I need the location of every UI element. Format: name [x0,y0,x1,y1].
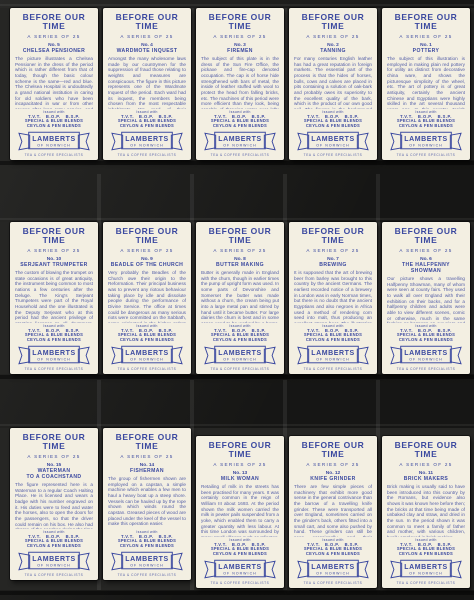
card-series-line: A SERIES OF 25 [15,454,93,459]
lamberts-banner-logo: LAMBERTS OF NORWICH [297,131,369,152]
card-series-line: A SERIES OF 25 [108,248,186,253]
card-title-header: BEFORE OUR TIME [387,441,465,459]
issued-with-label: Issued with [108,530,186,534]
issued-with-label: Issued with [294,110,372,114]
issued-with-label: Issued with [15,110,93,114]
logo-tagline: TEA & COFFEE SPECIALISTS [294,153,372,157]
card-footer: Issued with T.V.T. B.O.P. B.S.P. SPECIAL… [15,110,93,157]
card-description: The subject of this plate is in the dres… [201,56,279,109]
logo-tagline: TEA & COFFEE SPECIALISTS [15,153,93,157]
lamberts-banner-logo: LAMBERTS OF NORWICH [297,559,369,580]
card-description: The figure represented here is a Waterma… [15,482,93,529]
blends-line-2: CEYLON & FEN BLENDS [201,338,279,343]
banner-left-wing [205,561,216,578]
blends-line-2: CEYLON & FEN BLENDS [15,338,93,343]
card-footer: Issued with T.V.T. B.O.P. B.S.P. SPECIAL… [108,110,186,157]
blends-line-2: CEYLON & FEN BLENDS [15,124,93,129]
trade-card: BEFORE OUR TIME A SERIES OF 25 No. 13 MI… [196,436,284,588]
card-subject-title: FIREMEN [201,48,279,54]
trade-card: BEFORE OUR TIME A SERIES OF 25 No. 14 FI… [103,428,191,580]
logo-subtitle: OF NORWICH [223,572,257,576]
logo-tagline: TEA & COFFEE SPECIALISTS [108,573,186,577]
banner-right-wing [78,133,89,150]
lamberts-banner-logo: LAMBERTS OF NORWICH [390,131,462,152]
lamberts-banner-logo: LAMBERTS OF NORWICH [390,559,462,580]
lamberts-banner-logo: LAMBERTS OF NORWICH [390,345,462,366]
card-series-line: A SERIES OF 25 [294,462,372,467]
blends-line-2: CEYLON & FEN BLENDS [108,124,186,129]
card-title-header: BEFORE OUR TIME [387,227,465,245]
card-subject-title: POTTERY [387,48,465,54]
banner-left-wing [19,133,30,150]
blends-line-2: CEYLON & FEN BLENDS [294,124,372,129]
blends-line-2: CEYLON & FEN BLENDS [387,338,465,343]
card-series-line: A SERIES OF 25 [294,34,372,39]
card-title-header: BEFORE OUR TIME [108,433,186,451]
banner-right-wing [171,553,182,570]
blends-line-2: CEYLON & FEN BLENDS [201,124,279,129]
logo-tagline: TEA & COFFEE SPECIALISTS [201,367,279,371]
logo-subtitle: OF NORWICH [37,564,71,568]
logo-name: LAMBERTS [404,136,448,143]
blends-line-2: CEYLON & FEN BLENDS [15,544,93,549]
card-footer: Issued with T.V.T. B.O.P. B.S.P. SPECIAL… [294,538,372,585]
logo-name: LAMBERTS [218,564,262,571]
card-description: It is supposed that the art of brewing b… [294,270,372,323]
card-footer: Issued with T.V.T. B.O.P. B.S.P. SPECIAL… [387,110,465,157]
logo-subtitle: OF NORWICH [409,144,443,148]
blends-line-2: CEYLON & FEN BLENDS [108,338,186,343]
trade-card: BEFORE OUR TIME A SERIES OF 25 No. 12 KN… [289,436,377,588]
banner-left-wing [298,133,309,150]
blends-line-2: CEYLON & FEN BLENDS [201,552,279,557]
issued-with-label: Issued with [108,110,186,114]
row-cards: BEFORE OUR TIME A SERIES OF 25 No. 5 CHE… [0,8,474,160]
banner-right-wing [264,133,275,150]
banner-right-wing [357,561,368,578]
logo-name: LAMBERTS [311,564,355,571]
card-description: Very probably the Beadles of the Church … [108,270,186,323]
banner-right-wing [171,133,182,150]
card-description: There are few simple pieces of machinery… [294,484,372,537]
logo-name: LAMBERTS [125,556,169,563]
lamberts-banner-logo: LAMBERTS OF NORWICH [204,345,276,366]
card-description: Butter is generally made in England with… [201,270,279,323]
card-footer: Issued with T.V.T. B.O.P. B.S.P. SPECIAL… [294,110,372,157]
card-subject-title: BEADLE OF THE CHURCH [108,262,186,268]
issued-with-label: Issued with [108,324,186,328]
card-title-header: BEFORE OUR TIME [201,13,279,31]
issued-with-label: Issued with [294,538,372,542]
banner-right-wing [264,347,275,364]
row-cards: BEFORE OUR TIME A SERIES OF 25 No. 15 WA… [0,428,474,580]
logo-tagline: TEA & COFFEE SPECIALISTS [294,367,372,371]
lamberts-banner-logo: LAMBERTS OF NORWICH [18,131,90,152]
logo-subtitle: OF NORWICH [409,572,443,576]
logo-name: LAMBERTS [32,136,76,143]
trade-card: BEFORE OUR TIME A SERIES OF 25 No. 1 POT… [382,8,470,160]
album-row-2: BEFORE OUR TIME A SERIES OF 25 No. 10 SE… [0,222,474,374]
card-subject-title: WARDMOTE INQUEST [108,48,186,54]
banner-right-wing [171,347,182,364]
banner-left-wing [112,133,123,150]
trade-card: BEFORE OUR TIME A SERIES OF 25 No. 15 WA… [10,428,98,580]
lamberts-banner-logo: LAMBERTS OF NORWICH [297,345,369,366]
logo-tagline: TEA & COFFEE SPECIALISTS [201,153,279,157]
banner-right-wing [78,553,89,570]
card-subject-title: WATERMAN TO A COACHSTAND [15,468,93,480]
logo-subtitle: OF NORWICH [37,144,71,148]
blends-line-2: CEYLON & FEN BLENDS [294,338,372,343]
blends-line-2: CEYLON & FEN BLENDS [108,544,186,549]
lamberts-banner-logo: LAMBERTS OF NORWICH [111,551,183,572]
logo-name: LAMBERTS [218,136,262,143]
banner-right-wing [450,347,461,364]
banner-right-wing [357,133,368,150]
trade-card: BEFORE OUR TIME A SERIES OF 25 No. 11 BR… [382,436,470,588]
card-footer: Issued with T.V.T. B.O.P. B.S.P. SPECIAL… [387,538,465,585]
banner-left-wing [112,553,123,570]
logo-subtitle: OF NORWICH [223,144,257,148]
banner-right-wing [450,561,461,578]
issued-with-label: Issued with [294,324,372,328]
banner-left-wing [19,347,30,364]
card-description: Amongst the many wholesome laws made by … [108,56,186,109]
trade-card: BEFORE OUR TIME A SERIES OF 25 No. 2 TAN… [289,8,377,160]
card-description: The subject of this illustration is empl… [387,56,465,109]
card-description: Brick making is usually said to have bee… [387,484,465,537]
card-series-line: A SERIES OF 25 [387,462,465,467]
banner-left-wing [205,347,216,364]
card-description: Our picture shows a travelling Halfpenny… [387,276,465,323]
card-subject-title: TANNING [294,48,372,54]
blends-line-2: CEYLON & FEN BLENDS [387,124,465,129]
banner-left-wing [205,133,216,150]
card-description: The picture illustrates a Chelsea Pensio… [15,56,93,109]
card-description: For many centuries English leather has h… [294,56,372,109]
card-subject-title: KNIFE GRINDER [294,476,372,482]
card-subject-title: MILK WOMAN [201,476,279,482]
lamberts-banner-logo: LAMBERTS OF NORWICH [18,551,90,572]
issued-with-label: Issued with [387,110,465,114]
banner-left-wing [391,347,402,364]
card-series-line: A SERIES OF 25 [294,248,372,253]
card-series-line: A SERIES OF 25 [108,454,186,459]
issued-with-label: Issued with [15,324,93,328]
card-footer: Issued with T.V.T. B.O.P. B.S.P. SPECIAL… [201,110,279,157]
trade-card: BEFORE OUR TIME A SERIES OF 25 No. 10 SE… [10,222,98,374]
card-title-header: BEFORE OUR TIME [15,227,93,245]
card-title-header: BEFORE OUR TIME [294,441,372,459]
card-description: The group of fishermen shown are employe… [108,476,186,529]
issued-with-label: Issued with [201,324,279,328]
trade-card: BEFORE OUR TIME A SERIES OF 25 No. 5 CHE… [10,8,98,160]
card-series-line: A SERIES OF 25 [201,462,279,467]
lamberts-banner-logo: LAMBERTS OF NORWICH [18,345,90,366]
card-title-header: BEFORE OUR TIME [201,227,279,245]
card-subject-title: THE HALFPENNY SHOWMAN [387,262,465,274]
card-title-header: BEFORE OUR TIME [108,227,186,245]
lamberts-banner-logo: LAMBERTS OF NORWICH [204,131,276,152]
card-subject-title: CHELSEA PENSIONER [15,48,93,54]
card-series-line: A SERIES OF 25 [387,248,465,253]
card-subject-title: FISHERMAN [108,468,186,474]
card-title-header: BEFORE OUR TIME [294,227,372,245]
issued-with-label: Issued with [201,110,279,114]
card-footer: Issued with T.V.T. B.O.P. B.S.P. SPECIAL… [294,324,372,371]
banner-left-wing [298,347,309,364]
trade-card: BEFORE OUR TIME A SERIES OF 25 No. 4 WAR… [103,8,191,160]
card-footer: Issued with T.V.T. B.O.P. B.S.P. SPECIAL… [15,324,93,371]
logo-name: LAMBERTS [32,556,76,563]
trade-card: BEFORE OUR TIME A SERIES OF 25 No. 8 BUT… [196,222,284,374]
logo-subtitle: OF NORWICH [130,144,164,148]
logo-subtitle: OF NORWICH [316,572,350,576]
logo-subtitle: OF NORWICH [130,564,164,568]
logo-tagline: TEA & COFFEE SPECIALISTS [15,367,93,371]
logo-subtitle: OF NORWICH [130,358,164,362]
trade-card: BEFORE OUR TIME A SERIES OF 25 No. 9 BEA… [103,222,191,374]
logo-name: LAMBERTS [32,350,76,357]
issued-with-label: Issued with [15,530,93,534]
card-series-line: A SERIES OF 25 [15,34,93,39]
banner-left-wing [391,133,402,150]
logo-tagline: TEA & COFFEE SPECIALISTS [108,367,186,371]
banner-right-wing [450,133,461,150]
logo-subtitle: OF NORWICH [37,358,71,362]
banner-left-wing [112,347,123,364]
logo-name: LAMBERTS [125,350,169,357]
logo-tagline: TEA & COFFEE SPECIALISTS [108,153,186,157]
blends-line-2: CEYLON & FEN BLENDS [294,552,372,557]
album-row-1: BEFORE OUR TIME A SERIES OF 25 No. 5 CHE… [0,8,474,160]
logo-subtitle: OF NORWICH [316,144,350,148]
issued-with-label: Issued with [201,538,279,542]
lamberts-banner-logo: LAMBERTS OF NORWICH [204,559,276,580]
logo-subtitle: OF NORWICH [409,358,443,362]
logo-tagline: TEA & COFFEE SPECIALISTS [387,581,465,585]
logo-name: LAMBERTS [404,350,448,357]
card-description: Retailing of milk in the streets has bee… [201,484,279,537]
card-subject-title: BUTTER MAKING [201,262,279,268]
trade-card: BEFORE OUR TIME A SERIES OF 25 No. 3 FIR… [196,8,284,160]
logo-name: LAMBERTS [311,350,355,357]
logo-tagline: TEA & COFFEE SPECIALISTS [201,581,279,585]
card-series-line: A SERIES OF 25 [387,34,465,39]
banner-right-wing [78,347,89,364]
logo-name: LAMBERTS [125,136,169,143]
card-footer: Issued with T.V.T. B.O.P. B.S.P. SPECIAL… [201,324,279,371]
card-footer: Issued with T.V.T. B.O.P. B.S.P. SPECIAL… [387,324,465,371]
logo-name: LAMBERTS [404,564,448,571]
banner-left-wing [298,561,309,578]
card-series-line: A SERIES OF 25 [201,248,279,253]
card-series-line: A SERIES OF 25 [15,248,93,253]
card-subject-title: BRICK MAKERS [387,476,465,482]
banner-left-wing [19,553,30,570]
card-title-header: BEFORE OUR TIME [387,13,465,31]
lamberts-banner-logo: LAMBERTS OF NORWICH [111,345,183,366]
logo-tagline: TEA & COFFEE SPECIALISTS [387,367,465,371]
logo-subtitle: OF NORWICH [316,358,350,362]
card-description: The custom of blowing the trumpet on sta… [15,270,93,323]
logo-tagline: TEA & COFFEE SPECIALISTS [387,153,465,157]
banner-right-wing [357,347,368,364]
banner-right-wing [264,561,275,578]
logo-tagline: TEA & COFFEE SPECIALISTS [294,581,372,585]
row-cards: BEFORE OUR TIME A SERIES OF 25 No. 10 SE… [0,222,474,374]
card-subject-title: SERJEANT TRUMPETER [15,262,93,268]
album-row-3: BEFORE OUR TIME A SERIES OF 25 No. 15 WA… [0,428,474,590]
card-series-line: A SERIES OF 25 [108,34,186,39]
card-title-header: BEFORE OUR TIME [108,13,186,31]
trade-card: BEFORE OUR TIME A SERIES OF 25 No. 6 THE… [382,222,470,374]
logo-name: LAMBERTS [218,350,262,357]
card-series-line: A SERIES OF 25 [201,34,279,39]
logo-subtitle: OF NORWICH [223,358,257,362]
banner-left-wing [391,561,402,578]
card-subject-title: BREWING [294,262,372,268]
logo-tagline: TEA & COFFEE SPECIALISTS [15,573,93,577]
card-title-header: BEFORE OUR TIME [15,433,93,451]
card-footer: Issued with T.V.T. B.O.P. B.S.P. SPECIAL… [108,530,186,577]
lamberts-banner-logo: LAMBERTS OF NORWICH [111,131,183,152]
card-footer: Issued with T.V.T. B.O.P. B.S.P. SPECIAL… [201,538,279,585]
logo-name: LAMBERTS [311,136,355,143]
card-title-header: BEFORE OUR TIME [15,13,93,31]
card-title-header: BEFORE OUR TIME [201,441,279,459]
card-title-header: BEFORE OUR TIME [294,13,372,31]
issued-with-label: Issued with [387,538,465,542]
trade-card: BEFORE OUR TIME A SERIES OF 25 No. 7 BRE… [289,222,377,374]
blends-line-2: CEYLON & FEN BLENDS [387,552,465,557]
album-page: { "colors":{"page_bg":"#1e1e1c","row_bg"… [0,0,474,600]
card-footer: Issued with T.V.T. B.O.P. B.S.P. SPECIAL… [15,530,93,577]
card-footer: Issued with T.V.T. B.O.P. B.S.P. SPECIAL… [108,324,186,371]
issued-with-label: Issued with [387,324,465,328]
